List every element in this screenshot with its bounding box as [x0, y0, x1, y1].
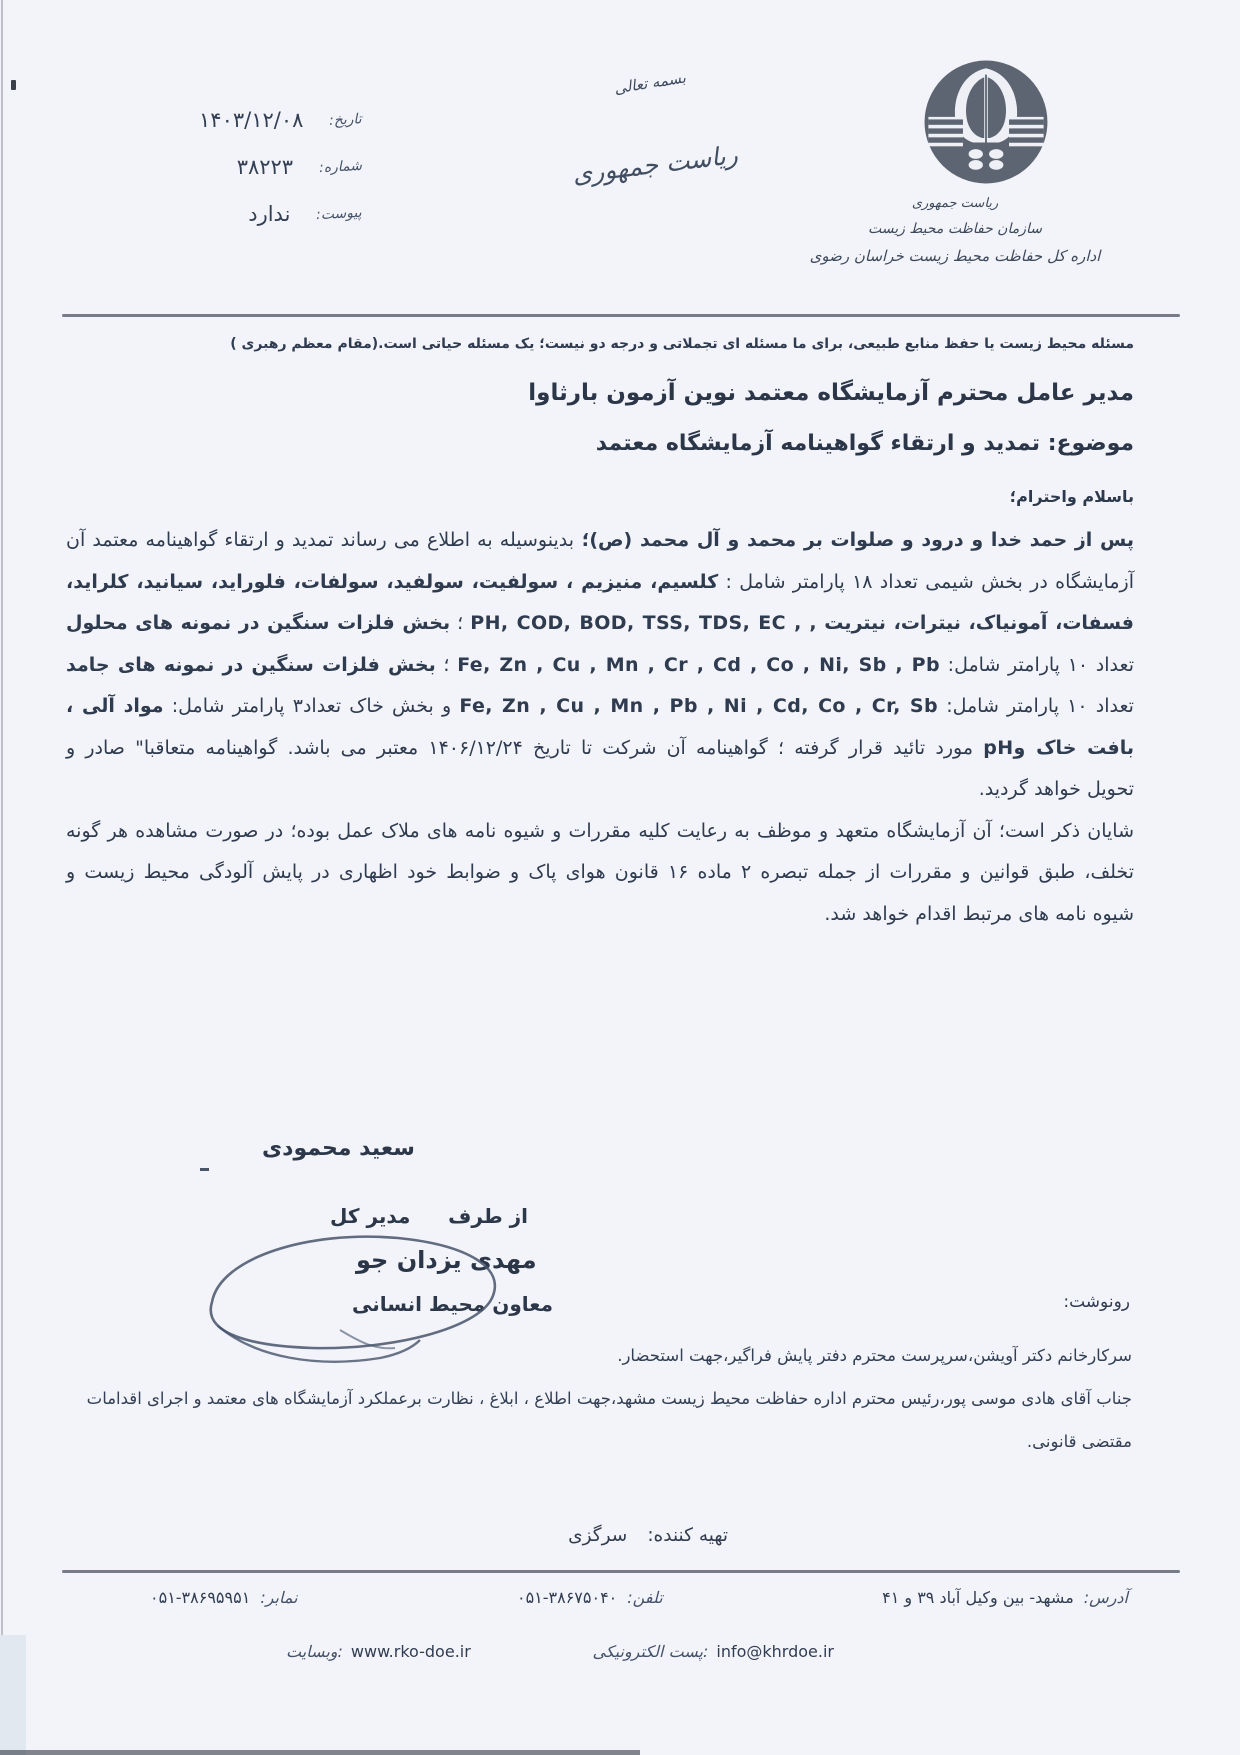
footer-online-row: وبسایت: www.rko-doe.ir پست الکترونیکی: i… — [286, 1642, 834, 1661]
number-value: ۳۸۲۲۳ — [237, 155, 293, 179]
footer-website: وبسایت: www.rko-doe.ir — [286, 1642, 471, 1661]
body-segment: بافت خاک و — [1014, 737, 1134, 759]
phone-value: ۰۵۱-۳۸۶۷۵۰۴۰ — [517, 1588, 617, 1607]
body-line: تخلف، طبق قوانین و مقررات از جمله تبصره … — [66, 852, 1134, 894]
body-segment: مورد تائید قرار گرفته ؛ گواهینامه آن شرک… — [66, 737, 983, 759]
date-label: تاریخ: — [329, 111, 362, 129]
website-value: www.rko-doe.ir — [351, 1642, 471, 1661]
meta-date-row: تاریخ: ۱۴۰۳/۱۲/۰۸ — [92, 108, 362, 132]
body-segment: و بخش خاک تعداد۳ پارامتر شامل: — [164, 695, 460, 717]
prepared-by-value: سرگزی — [568, 1525, 627, 1546]
body-segment: ؛ — [436, 654, 457, 676]
body-segment: بدینوسیله به اطلاع می رساند تمدید و ارتق… — [66, 529, 574, 551]
presidency-center-text: ریاست جمهوری — [544, 137, 766, 193]
email-label: پست الکترونیکی: — [592, 1642, 708, 1661]
recipient-line: مدیر عامل محترم آزمایشگاه معتمد نوین آزم… — [528, 380, 1134, 406]
scan-artifact-corner-mark — [11, 80, 16, 90]
body-segment: فسفات، آمونیاک، نیترات، نیتریت , — [802, 612, 1134, 634]
body-segment: بخش فلزات سنگین در نمونه های محلول — [66, 612, 450, 634]
body-line: پس از حمد خدا و درود و صلوات بر محمد و آ… — [66, 520, 1134, 562]
body-line: شایان ذکر است؛ آن آزمایشگاه متعهد و موظف… — [66, 811, 1134, 853]
body-line: تحویل خواهد گردید. — [66, 769, 1134, 811]
body-segment: بخش فلزات سنگین در نمونه های جامد — [66, 654, 436, 676]
body-segment: ؛ — [450, 612, 470, 634]
attachment-value: ندارد — [248, 202, 290, 226]
date-value: ۱۴۰۳/۱۲/۰۸ — [199, 108, 303, 132]
scan-artifact-bottom-line — [0, 1750, 640, 1755]
signatory-name-top: سعید محمودی — [262, 1136, 415, 1161]
footer-divider — [62, 1570, 1180, 1573]
body-segment: آزمایشگاه در بخش شیمی تعداد ۱۸ پارامتر ش… — [718, 571, 1134, 593]
body-segment: تعداد ۱۰ پارامتر شامل: — [940, 654, 1134, 676]
bismillah-text: بسمه تعالی — [575, 62, 726, 103]
body-segment-latin: Fe, Zn , Cu , Mn , Cr , Cd , Co , Ni, Sb… — [457, 654, 940, 676]
letter-meta: تاریخ: ۱۴۰۳/۱۲/۰۸ شماره: ۳۸۲۲۳ پیوست: ند… — [92, 108, 362, 249]
org-line-organization: سازمان حفاظت محیط زیست — [775, 216, 1135, 242]
number-label: شماره: — [319, 158, 363, 176]
scan-artifact-dash — [200, 1168, 209, 1171]
prepared-by-label: تهیه کننده: — [647, 1525, 728, 1546]
website-label: وبسایت: — [286, 1642, 343, 1661]
footer-fax: نمابر: ۰۵۱-۳۸۶۹۵۹۵۱ — [150, 1588, 298, 1607]
footer-contact-row: آدرس: مشهد- بین وکیل آباد ۳۹ و ۴۱ تلفن: … — [150, 1588, 1128, 1607]
meta-attachment-row: پیوست: ندارد — [92, 202, 362, 226]
body-text: پس از حمد خدا و درود و صلوات بر محمد و آ… — [66, 520, 1134, 935]
body-segment: تحویل خواهد گردید. — [979, 778, 1134, 800]
body-segment: شیوه نامه های مرتبط اقدام خواهد شد. — [824, 903, 1134, 925]
doe-emblem-icon — [922, 58, 1050, 186]
footer-address: آدرس: مشهد- بین وکیل آباد ۳۹ و ۴۱ — [882, 1588, 1128, 1607]
salutation-line: باسلام واحترام؛ — [1010, 487, 1134, 506]
body-segment-latin: PH, COD, BOD, TSS, TDS, EC , — [470, 612, 801, 634]
org-line-presidency: ریاست جمهوری — [775, 192, 1135, 216]
body-line: تعداد ۱۰ پارامتر شامل: Fe, Zn , Cu , Mn … — [66, 645, 1134, 687]
body-line: آزمایشگاه در بخش شیمی تعداد ۱۸ پارامتر ش… — [66, 562, 1134, 604]
header-divider — [62, 314, 1180, 317]
org-name-block: ریاست جمهوری سازمان حفاظت محیط زیست ادار… — [775, 192, 1135, 270]
body-segment-latin: Fe, Zn , Cu , Mn , Pb , Ni , Cd, Co , Cr… — [459, 695, 938, 717]
cc-item: سرکارخانم دکتر آویشن،سرپرست محترم دفتر پ… — [64, 1334, 1132, 1377]
body-segment-latin: pH — [983, 737, 1013, 759]
attachment-label: پیوست: — [316, 205, 362, 223]
body-segment: کلسیم، منیزیم ، سولفیت، سولفید، سولفات، … — [66, 571, 718, 593]
cc-item: مقتضی قانونی. — [64, 1420, 1132, 1463]
body-line: شیوه نامه های مرتبط اقدام خواهد شد. — [66, 894, 1134, 936]
body-segment: پس از حمد خدا و درود و صلوات بر محمد و آ… — [574, 529, 1134, 551]
phone-label: تلفن: — [627, 1588, 662, 1607]
body-segment: تعداد ۱۰ پارامتر شامل: — [938, 695, 1134, 717]
prepared-by: تهیه کننده: سرگزی — [468, 1525, 728, 1546]
footer-phone: تلفن: ۰۵۱-۳۸۶۷۵۰۴۰ — [517, 1588, 663, 1607]
body-segment: تخلف، طبق قوانین و مقررات از جمله تبصره … — [66, 861, 1134, 883]
org-line-directorate: اداره کل حفاظت محیط زیست خراسان رضوی — [775, 242, 1135, 270]
email-value: info@khrdoe.ir — [716, 1642, 834, 1661]
subject-line: موضوع: تمدید و ارتقاء گواهینامه آزمایشگا… — [596, 431, 1134, 456]
cc-item: جناب آقای هادی موسی پور،رئیس محترم اداره… — [64, 1377, 1132, 1420]
cc-label: رونوشت: — [1063, 1292, 1130, 1312]
body-line: تعداد ۱۰ پارامتر شامل: Fe, Zn , Cu , Mn … — [66, 686, 1134, 728]
scanned-letter-page: تاریخ: ۱۴۰۳/۱۲/۰۸ شماره: ۳۸۲۲۳ پیوست: ند… — [0, 0, 1240, 1755]
footer-email: پست الکترونیکی: info@khrdoe.ir — [592, 1642, 834, 1661]
body-line: فسفات، آمونیاک، نیترات، نیتریت , PH, COD… — [66, 603, 1134, 645]
meta-number-row: شماره: ۳۸۲۲۳ — [92, 155, 362, 179]
cc-items: سرکارخانم دکتر آویشن،سرپرست محترم دفتر پ… — [64, 1334, 1132, 1463]
address-value: مشهد- بین وکیل آباد ۳۹ و ۴۱ — [882, 1588, 1074, 1607]
body-segment: مواد آلی ، — [66, 695, 164, 717]
body-segment: شایان ذکر است؛ آن آزمایشگاه متعهد و موظف… — [66, 820, 1134, 842]
scan-artifact-bottom-band — [0, 1635, 26, 1755]
address-label: آدرس: — [1084, 1588, 1128, 1607]
leader-quote: مسئله محیط زیست یا حفظ منابع طبیعی، برای… — [230, 336, 1134, 352]
fax-value: ۰۵۱-۳۸۶۹۵۹۵۱ — [150, 1588, 250, 1607]
scan-artifact-left-edge — [1, 0, 3, 1755]
fax-label: نمابر: — [260, 1588, 297, 1607]
body-line: بافت خاک وpH مورد تائید قرار گرفته ؛ گوا… — [66, 728, 1134, 770]
